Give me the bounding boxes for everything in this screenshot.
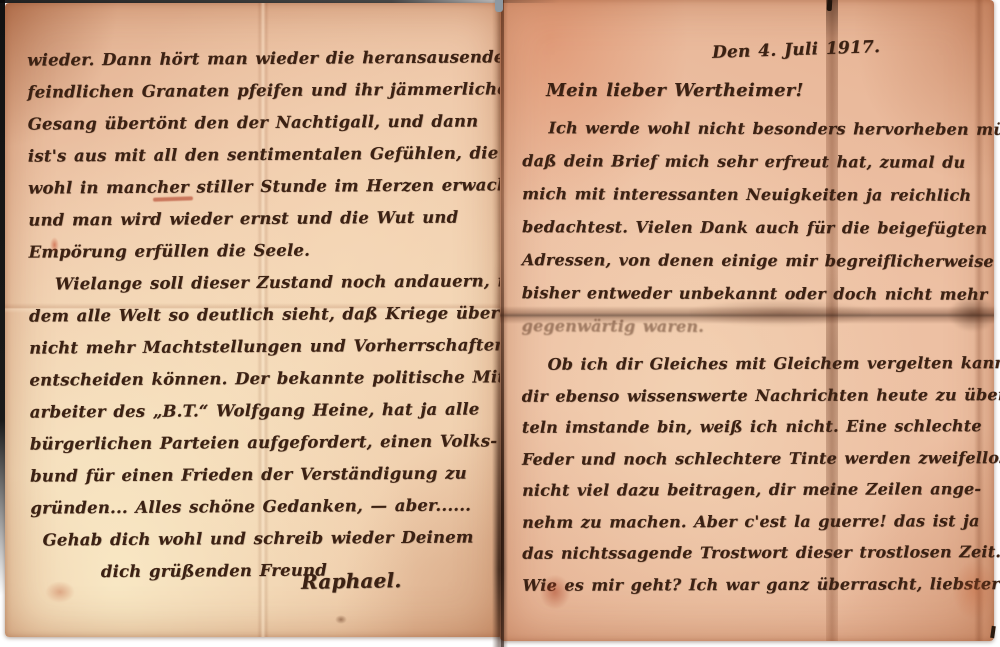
closing-line: dich grüßenden Freund <box>31 553 497 588</box>
closing-line: Gehab dich wohl und schreib wieder Deine… <box>30 521 496 556</box>
handwriting-line: gründen... Alles schöne Gedanken, — aber… <box>30 489 496 524</box>
date-line: Den 4. Juli 1917. <box>712 37 881 63</box>
handwriting-line: bedachtest. Vielen Dank auch für die bei… <box>522 210 986 245</box>
scan-edge-left <box>0 0 5 647</box>
salutation: Mein lieber Wertheimer! <box>546 80 804 101</box>
handwriting-line: bisher entweder unbekannt oder doch nich… <box>522 276 986 311</box>
handwriting-line: bürgerlichen Parteien aufgefordert, eine… <box>30 425 496 460</box>
right-page-paragraph-1: Ich werde wohl nicht besonders hervorheb… <box>522 111 987 344</box>
handwriting-line: bund für einen Frieden der Verständigung… <box>30 457 496 492</box>
scan-artifact <box>495 0 503 12</box>
handwriting-line: wieder. Dann hört man wieder die heransa… <box>27 41 493 76</box>
handwriting-line: wohl in mancher stiller Stunde im Herzen… <box>28 169 494 204</box>
handwriting-line: Wielange soll dieser Zustand noch andaue… <box>29 265 495 300</box>
handwriting-line: arbeiter des „B.T.“ Wolfgang Heine, hat … <box>30 393 496 428</box>
handwriting-line-faded: gegenwärtig waren. <box>522 309 986 344</box>
handwriting-line: teln imstande bin, weiß ich nicht. Eine … <box>522 410 986 443</box>
signature: Raphael. <box>301 568 402 594</box>
letter-page-right: Den 4. Juli 1917. Mein lieber Wertheimer… <box>500 0 994 641</box>
handwriting-line: entscheiden können. Der bekannte politis… <box>29 361 495 396</box>
paper-stain <box>335 615 347 624</box>
handwriting-line: ist's aus mit all den sentimentalen Gefü… <box>28 137 494 172</box>
letter-scan: wieder. Dann hört man wieder die heransa… <box>0 0 1000 647</box>
handwriting-line: Ob ich dir Gleiches mit Gleichem vergelt… <box>522 347 986 380</box>
handwriting-line: Adressen, von denen einige mir begreifli… <box>522 243 986 278</box>
handwriting-line: Empörung erfüllen die Seele. <box>28 233 494 268</box>
handwriting-line: nicht viel dazu beitragen, dir meine Zei… <box>522 473 986 506</box>
scan-edge-top <box>0 0 560 3</box>
handwriting-line: mich mit interessanten Neuigkeiten ja re… <box>522 177 986 212</box>
handwriting-line: das nichtssagende Trostwort dieser trost… <box>522 536 986 569</box>
paper-tear-notch <box>827 0 833 11</box>
letter-page-left: wieder. Dann hört man wieder die heransa… <box>5 3 503 637</box>
left-page-text: wieder. Dann hört man wieder die heransa… <box>27 41 497 588</box>
paper-tear-notch <box>990 626 996 638</box>
handwriting-line: und man wird wieder ernst und die Wut un… <box>28 201 494 236</box>
handwriting-line: nehm zu machen. Aber c'est la guerre! da… <box>522 505 986 538</box>
handwriting-line: feindlichen Granaten pfeifen und ihr jäm… <box>27 73 493 108</box>
handwriting-line: dir ebenso wissenswerte Nachrichten heut… <box>522 379 986 412</box>
right-page-paragraph-2: Ob ich dir Gleiches mit Gleichem vergelt… <box>522 347 987 601</box>
handwriting-line: daß dein Brief mich sehr erfreut hat, zu… <box>522 144 986 179</box>
handwriting-line: Feder und noch schlechtere Tinte werden … <box>522 442 986 475</box>
handwriting-line: nicht mehr Machtstellungen und Vorherrsc… <box>29 329 495 364</box>
handwriting-line: Wie es mir geht? Ich war ganz überrascht… <box>522 568 986 601</box>
handwriting-line: Ich werde wohl nicht besonders hervorheb… <box>522 111 986 146</box>
handwriting-line: dem alle Welt so deutlich sieht, daß Kri… <box>29 297 495 332</box>
handwriting-line: Gesang übertönt den der Nachtigall, und … <box>28 105 494 140</box>
